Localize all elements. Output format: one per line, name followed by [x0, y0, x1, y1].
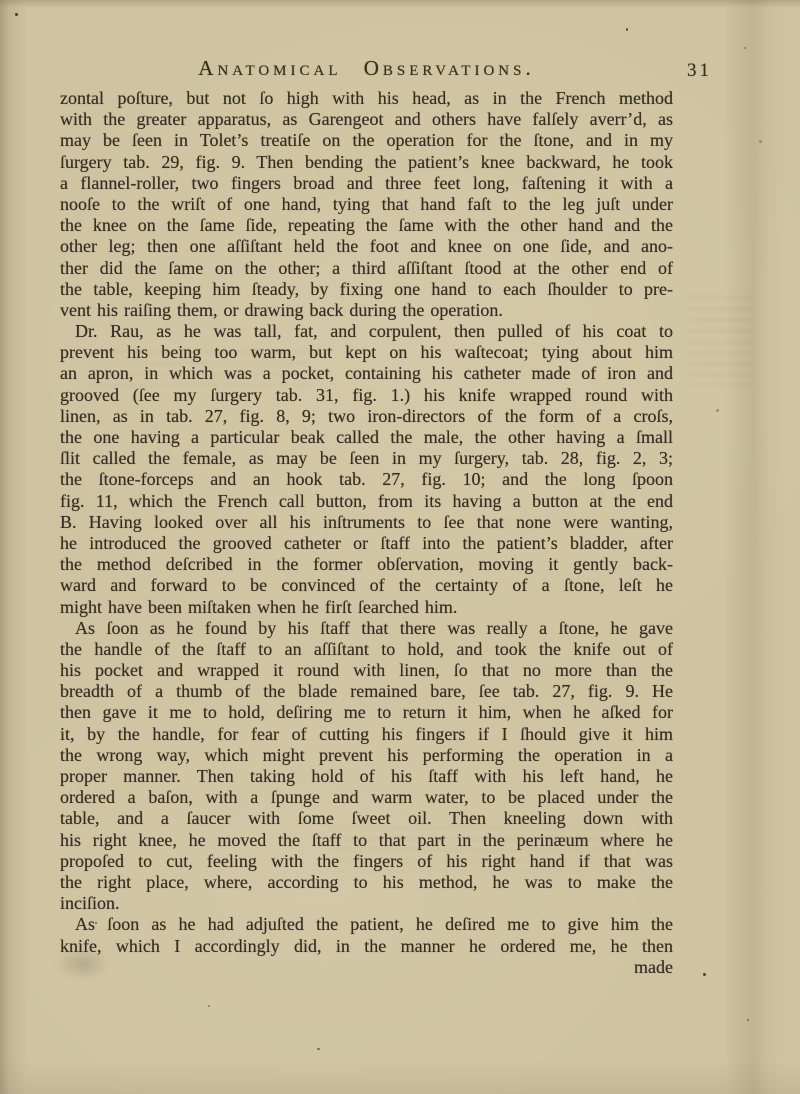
text-line: the wrong way, which might prevent his p… — [60, 745, 673, 766]
catchword: made — [60, 957, 673, 978]
text-line: might have been miſtaken when he firſt ſ… — [60, 597, 673, 618]
text-line: knife, which I accordingly did, in the m… — [60, 936, 673, 957]
text-line: the handle of the ſtaff to an aſſiſtant … — [60, 639, 673, 660]
text-line: may be ſeen in Tolet’s treatiſe on the o… — [60, 130, 673, 151]
page-header: Anatomical Observations. — [60, 56, 673, 81]
paper-speck — [626, 28, 628, 31]
text-line: propoſed to cut, feeling with the finger… — [60, 851, 673, 872]
text-line: an apron, in which was a pocket, contain… — [60, 363, 673, 384]
text-line: ordered a baſon, with a ſpunge and warm … — [60, 787, 673, 808]
book-page: Anatomical Observations. 31 zontal poſtu… — [0, 0, 800, 1094]
text-line: the right place, where, according to his… — [60, 872, 673, 893]
paper-speck — [703, 973, 706, 976]
text-line: table, and a ſaucer with ſome ſweet oil.… — [60, 808, 673, 829]
paper-speck — [716, 409, 719, 412]
text-line: vent his raiſing them, or drawing back d… — [60, 300, 673, 321]
text-line: proper manner. Then taking hold of his ſ… — [60, 766, 673, 787]
text-line: the method deſcribed in the former obſer… — [60, 554, 673, 575]
text-line: zontal poſture, but not ſo high with his… — [60, 88, 673, 109]
show-through — [688, 296, 754, 386]
paper-speck — [744, 47, 746, 49]
text-line: ſlit called the female, as may be ſeen i… — [60, 448, 673, 469]
text-line: then gave it me to hold, deſiring me to … — [60, 702, 673, 723]
running-head: Anatomical Observations. — [198, 56, 534, 81]
text-line: the one having a particular beak called … — [60, 427, 673, 448]
text-line: ſurgery tab. 29, fig. 9. Then bending th… — [60, 152, 673, 173]
text-line: a flannel-roller, two fingers broad and … — [60, 173, 673, 194]
paper-speck — [317, 1048, 320, 1050]
paper-speck — [15, 13, 18, 16]
text-line: he introduced the grooved catheter or ſt… — [60, 533, 673, 554]
paper-speck — [747, 1019, 749, 1021]
text-line: breadth of a thumb of the blade remained… — [60, 681, 673, 702]
text-line: As ſoon as he had adjuſted the patient, … — [60, 914, 673, 935]
text-line: fig. 11, which the French call button, f… — [60, 491, 673, 512]
text-line: his right knee, he moved the ſtaff to th… — [60, 830, 673, 851]
text-line: As ſoon as he found by his ſtaff that th… — [60, 618, 673, 639]
page-number: 31 — [687, 60, 712, 82]
paper-speck — [208, 1005, 210, 1007]
text-line: Dr. Rau, as he was tall, fat, and corpul… — [60, 321, 673, 342]
text-line: the ſtone-forceps and an hook tab. 27, f… — [60, 469, 673, 490]
text-line: ward and forward to be convinced of the … — [60, 575, 673, 596]
text-line: it, by the handle, for fear of cutting h… — [60, 724, 673, 745]
text-line: his pocket and wrapped it round with lin… — [60, 660, 673, 681]
text-line: B. Having looked over all his inſtrument… — [60, 512, 673, 533]
text-line: with the greater apparatus, as Garengeot… — [60, 109, 673, 130]
text-line: the knee on the ſame ſide, repeating the… — [60, 215, 673, 236]
paper-speck — [759, 140, 762, 143]
text-line: nooſe to the wriſt of one hand, tying th… — [60, 194, 673, 215]
text-line: other leg; then one aſſiſtant held the f… — [60, 236, 673, 257]
text-line: inciſion. — [60, 893, 673, 914]
text-line: linen, as in tab. 27, fig. 8, 9; two iro… — [60, 406, 673, 427]
text-line: prevent his being too warm, but kept on … — [60, 342, 673, 363]
text-line: the table, keeping him ſteady, by fixing… — [60, 279, 673, 300]
text-line: ther did the ſame on the other; a third … — [60, 258, 673, 279]
body-text: zontal poſture, but not ſo high with his… — [60, 88, 673, 978]
text-line: grooved (ſee my ſurgery tab. 31, fig. 1.… — [60, 385, 673, 406]
